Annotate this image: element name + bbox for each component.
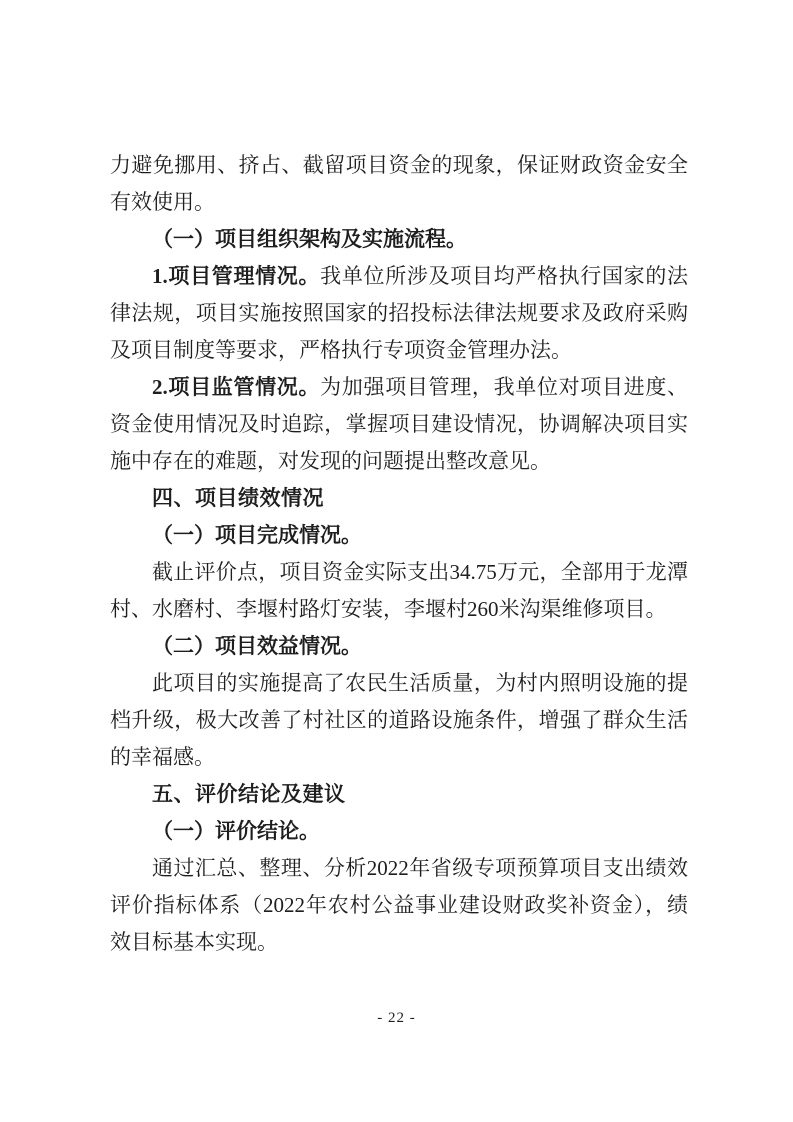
conclusion-paragraph-line-2: 评价指标体系（2022年农村公益事业建设财政奖补资金），绩: [110, 887, 688, 924]
completion-paragraph-line-2: 村、水磨村、李堰村路灯安装，李堰村260米沟渠维修项目。: [110, 591, 688, 628]
management-paragraph-line-1: 1.项目管理情况。我单位所涉及项目均严格执行国家的法: [110, 258, 688, 295]
document-page: 力避免挪用、挤占、截留项目资金的现象，保证财政资金安全 有效使用。 （一）项目组…: [0, 0, 793, 1122]
conclusion-paragraph-line-3: 效目标基本实现。: [110, 924, 688, 961]
supervision-paragraph-line-3: 施中存在的难题，对发现的问题提出整改意见。: [110, 443, 688, 480]
supervision-paragraph-line-1: 2.项目监管情况。为加强项目管理，我单位对项目进度、: [110, 369, 688, 406]
benefit-paragraph-line-1: 此项目的实施提高了农民生活质量，为村内照明设施的提: [110, 665, 688, 702]
management-paragraph-lead: 1.项目管理情况。: [152, 264, 320, 288]
carryover-paragraph-line-2: 有效使用。: [110, 184, 688, 221]
heading-org-structure: （一）项目组织架构及实施流程。: [110, 221, 688, 258]
supervision-paragraph-line-2: 资金使用情况及时追踪，掌握项目建设情况，协调解决项目实: [110, 406, 688, 443]
supervision-paragraph-lead: 2.项目监管情况。: [152, 375, 320, 399]
management-paragraph-line-3: 及项目制度等要求，严格执行专项资金管理办法。: [110, 332, 688, 369]
heading-benefit: （二）项目效益情况。: [110, 628, 688, 665]
management-paragraph-line-2: 律法规，项目实施按照国家的招投标法律法规要求及政府采购: [110, 295, 688, 332]
conclusion-paragraph-line-1: 通过汇总、整理、分析2022年省级专项预算项目支出绩效: [110, 850, 688, 887]
benefit-paragraph-line-3: 的幸福感。: [110, 739, 688, 776]
benefit-paragraph-line-2: 档升级，极大改善了村社区的道路设施条件，增强了群众生活: [110, 702, 688, 739]
management-paragraph-line-1-rest: 我单位所涉及项目均严格执行国家的法: [320, 264, 688, 288]
supervision-paragraph-line-1-rest: 为加强项目管理，我单位对项目进度、: [320, 375, 688, 399]
carryover-paragraph-line-1: 力避免挪用、挤占、截留项目资金的现象，保证财政资金安全: [110, 147, 688, 184]
completion-paragraph-line-1: 截止评价点，项目资金实际支出34.75万元，全部用于龙潭: [110, 554, 688, 591]
heading-section-performance: 四、项目绩效情况: [110, 480, 688, 517]
heading-conclusion: （一）评价结论。: [110, 813, 688, 850]
document-body: 力避免挪用、挤占、截留项目资金的现象，保证财政资金安全 有效使用。 （一）项目组…: [110, 147, 688, 961]
heading-completion: （一）项目完成情况。: [110, 517, 688, 554]
page-number: - 22 -: [0, 1011, 793, 1026]
heading-section-conclusion: 五、评价结论及建议: [110, 776, 688, 813]
